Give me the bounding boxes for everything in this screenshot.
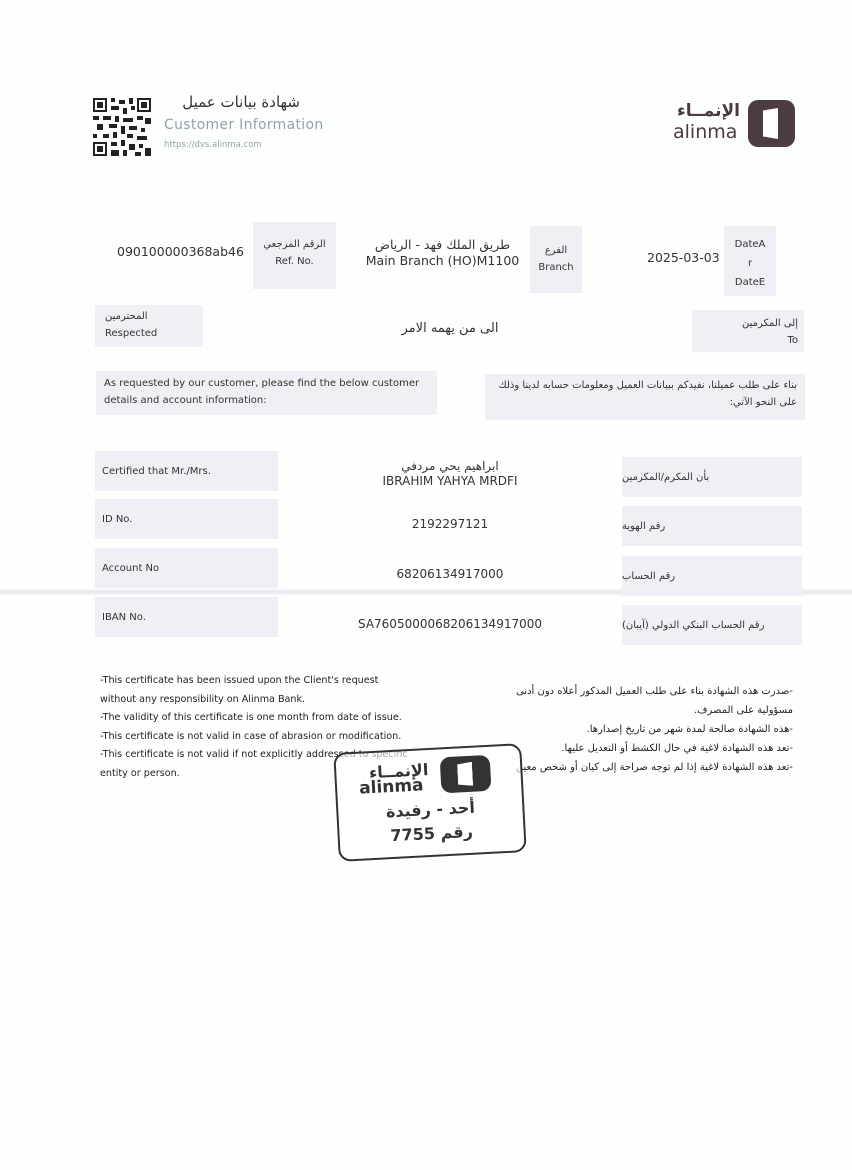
branch-label: الفرع Branch	[530, 226, 582, 293]
id-label-en: ID No.	[95, 499, 278, 539]
id-label-ar: رقم الهوية	[622, 506, 802, 546]
note-en: -The validity of this certificate is one…	[100, 709, 410, 728]
qr-code-icon	[93, 98, 151, 156]
note-ar: -هذه الشهادة صالحة لمدة شهر من تاريخ إصد…	[480, 720, 793, 739]
customer-name-ar: ابراهيم يحي مردفي	[300, 459, 600, 474]
label-text: رقم الحساب البنكي الدولي (آيبان)	[622, 617, 764, 634]
stamp-logo-icon	[440, 755, 492, 794]
label-text: ID No.	[102, 511, 132, 528]
note-en: -This certificate is not valid in case o…	[100, 728, 410, 747]
certified-label-ar: بأن المكرم/المكرمين	[622, 457, 802, 497]
ref-label-ar: الرقم المرجعي	[253, 236, 336, 253]
to-label: إلى المكرمين To	[692, 310, 804, 352]
id-number-value: 2192297121	[300, 517, 600, 531]
date-value: 2025-03-03	[647, 250, 720, 265]
respected-en: Respected	[105, 325, 203, 342]
ref-number-label: الرقم المرجعي Ref. No.	[253, 222, 336, 289]
stamp-logo-en: alinma	[359, 775, 424, 798]
iban-value: SA7605000068206134917000	[300, 617, 600, 631]
account-label-ar: رقم الحساب	[622, 556, 802, 596]
respected-ar: المحترمين	[105, 308, 203, 325]
iban-label-ar: رقم الحساب البنكي الدولي (آيبان)	[622, 605, 802, 645]
date-label-line3: DateE	[724, 273, 776, 292]
logo-text-ar: الإنمــاء	[672, 101, 740, 121]
branch-stamp: الإنمــاء alinma أحد - رفيدة رقم 7755	[333, 743, 526, 862]
ref-number-value: 090100000368ab46	[117, 244, 244, 259]
respected-label: المحترمين Respected	[95, 305, 203, 347]
label-text: رقم الحساب	[622, 568, 675, 585]
iban-label-en: IBAN No.	[95, 597, 278, 637]
stamp-number: رقم 7755	[339, 819, 524, 848]
verification-url[interactable]: https://dvs.alinma.com	[164, 140, 262, 150]
ref-label-en: Ref. No.	[253, 253, 336, 270]
note-ar: -تعد هذه الشهادة لاغية إذا لم توجه صراحة…	[480, 758, 793, 777]
branch-value-ar: طريق الملك فهد - الرياض	[360, 237, 525, 253]
to-en: To	[692, 332, 798, 349]
stamp-branch: أحد - رفيدة	[338, 795, 523, 824]
notes-ar: -صدرت هذه الشهادة بناء على طلب العميل ال…	[480, 682, 793, 777]
account-label-en: Account No	[95, 548, 278, 588]
label-text: IBAN No.	[102, 609, 146, 626]
alinma-logo-icon	[748, 100, 795, 147]
account-number-value: 68206134917000	[300, 567, 600, 581]
intro-text-ar: بناء على طلب عميلنا، نفيدكم ببيانات العم…	[485, 374, 805, 420]
intro-text-en: As requested by our customer, please fin…	[96, 371, 437, 415]
document-title-en: Customer Information	[164, 117, 324, 133]
note-ar: -تعد هذه الشهادة لاغية في حال الكشط أو ا…	[480, 739, 793, 758]
to-ar: إلى المكرمين	[692, 315, 798, 332]
branch-label-ar: الفرع	[530, 242, 582, 259]
date-label-line1: DateA	[724, 235, 776, 254]
date-label-line2: r	[724, 254, 776, 273]
label-text: Certified that Mr./Mrs.	[102, 463, 211, 480]
label-text: Account No	[102, 560, 159, 577]
date-label: DateA r DateE	[724, 226, 776, 296]
to-whom-it-may-concern: الى من يهمه الامر	[340, 321, 560, 336]
branch-label-en: Branch	[530, 259, 582, 276]
note-ar: -صدرت هذه الشهادة بناء على طلب العميل ال…	[480, 682, 793, 720]
branch-value: طريق الملك فهد - الرياض Main Branch (HO)…	[360, 237, 525, 269]
label-text: رقم الهوية	[622, 518, 665, 535]
label-text: بأن المكرم/المكرمين	[622, 469, 709, 486]
customer-name-value: ابراهيم يحي مردفي IBRAHIM YAHYA MRDFI	[300, 459, 600, 489]
note-en: -This certificate has been issued upon t…	[100, 672, 410, 709]
certified-label-en: Certified that Mr./Mrs.	[95, 451, 278, 491]
customer-name-en: IBRAHIM YAHYA MRDFI	[300, 474, 600, 489]
branch-value-en: Main Branch (HO)M1100	[360, 253, 525, 269]
document-title-ar: شهادة بيانات عميل	[165, 93, 300, 111]
logo-text-en: alinma	[673, 121, 737, 143]
